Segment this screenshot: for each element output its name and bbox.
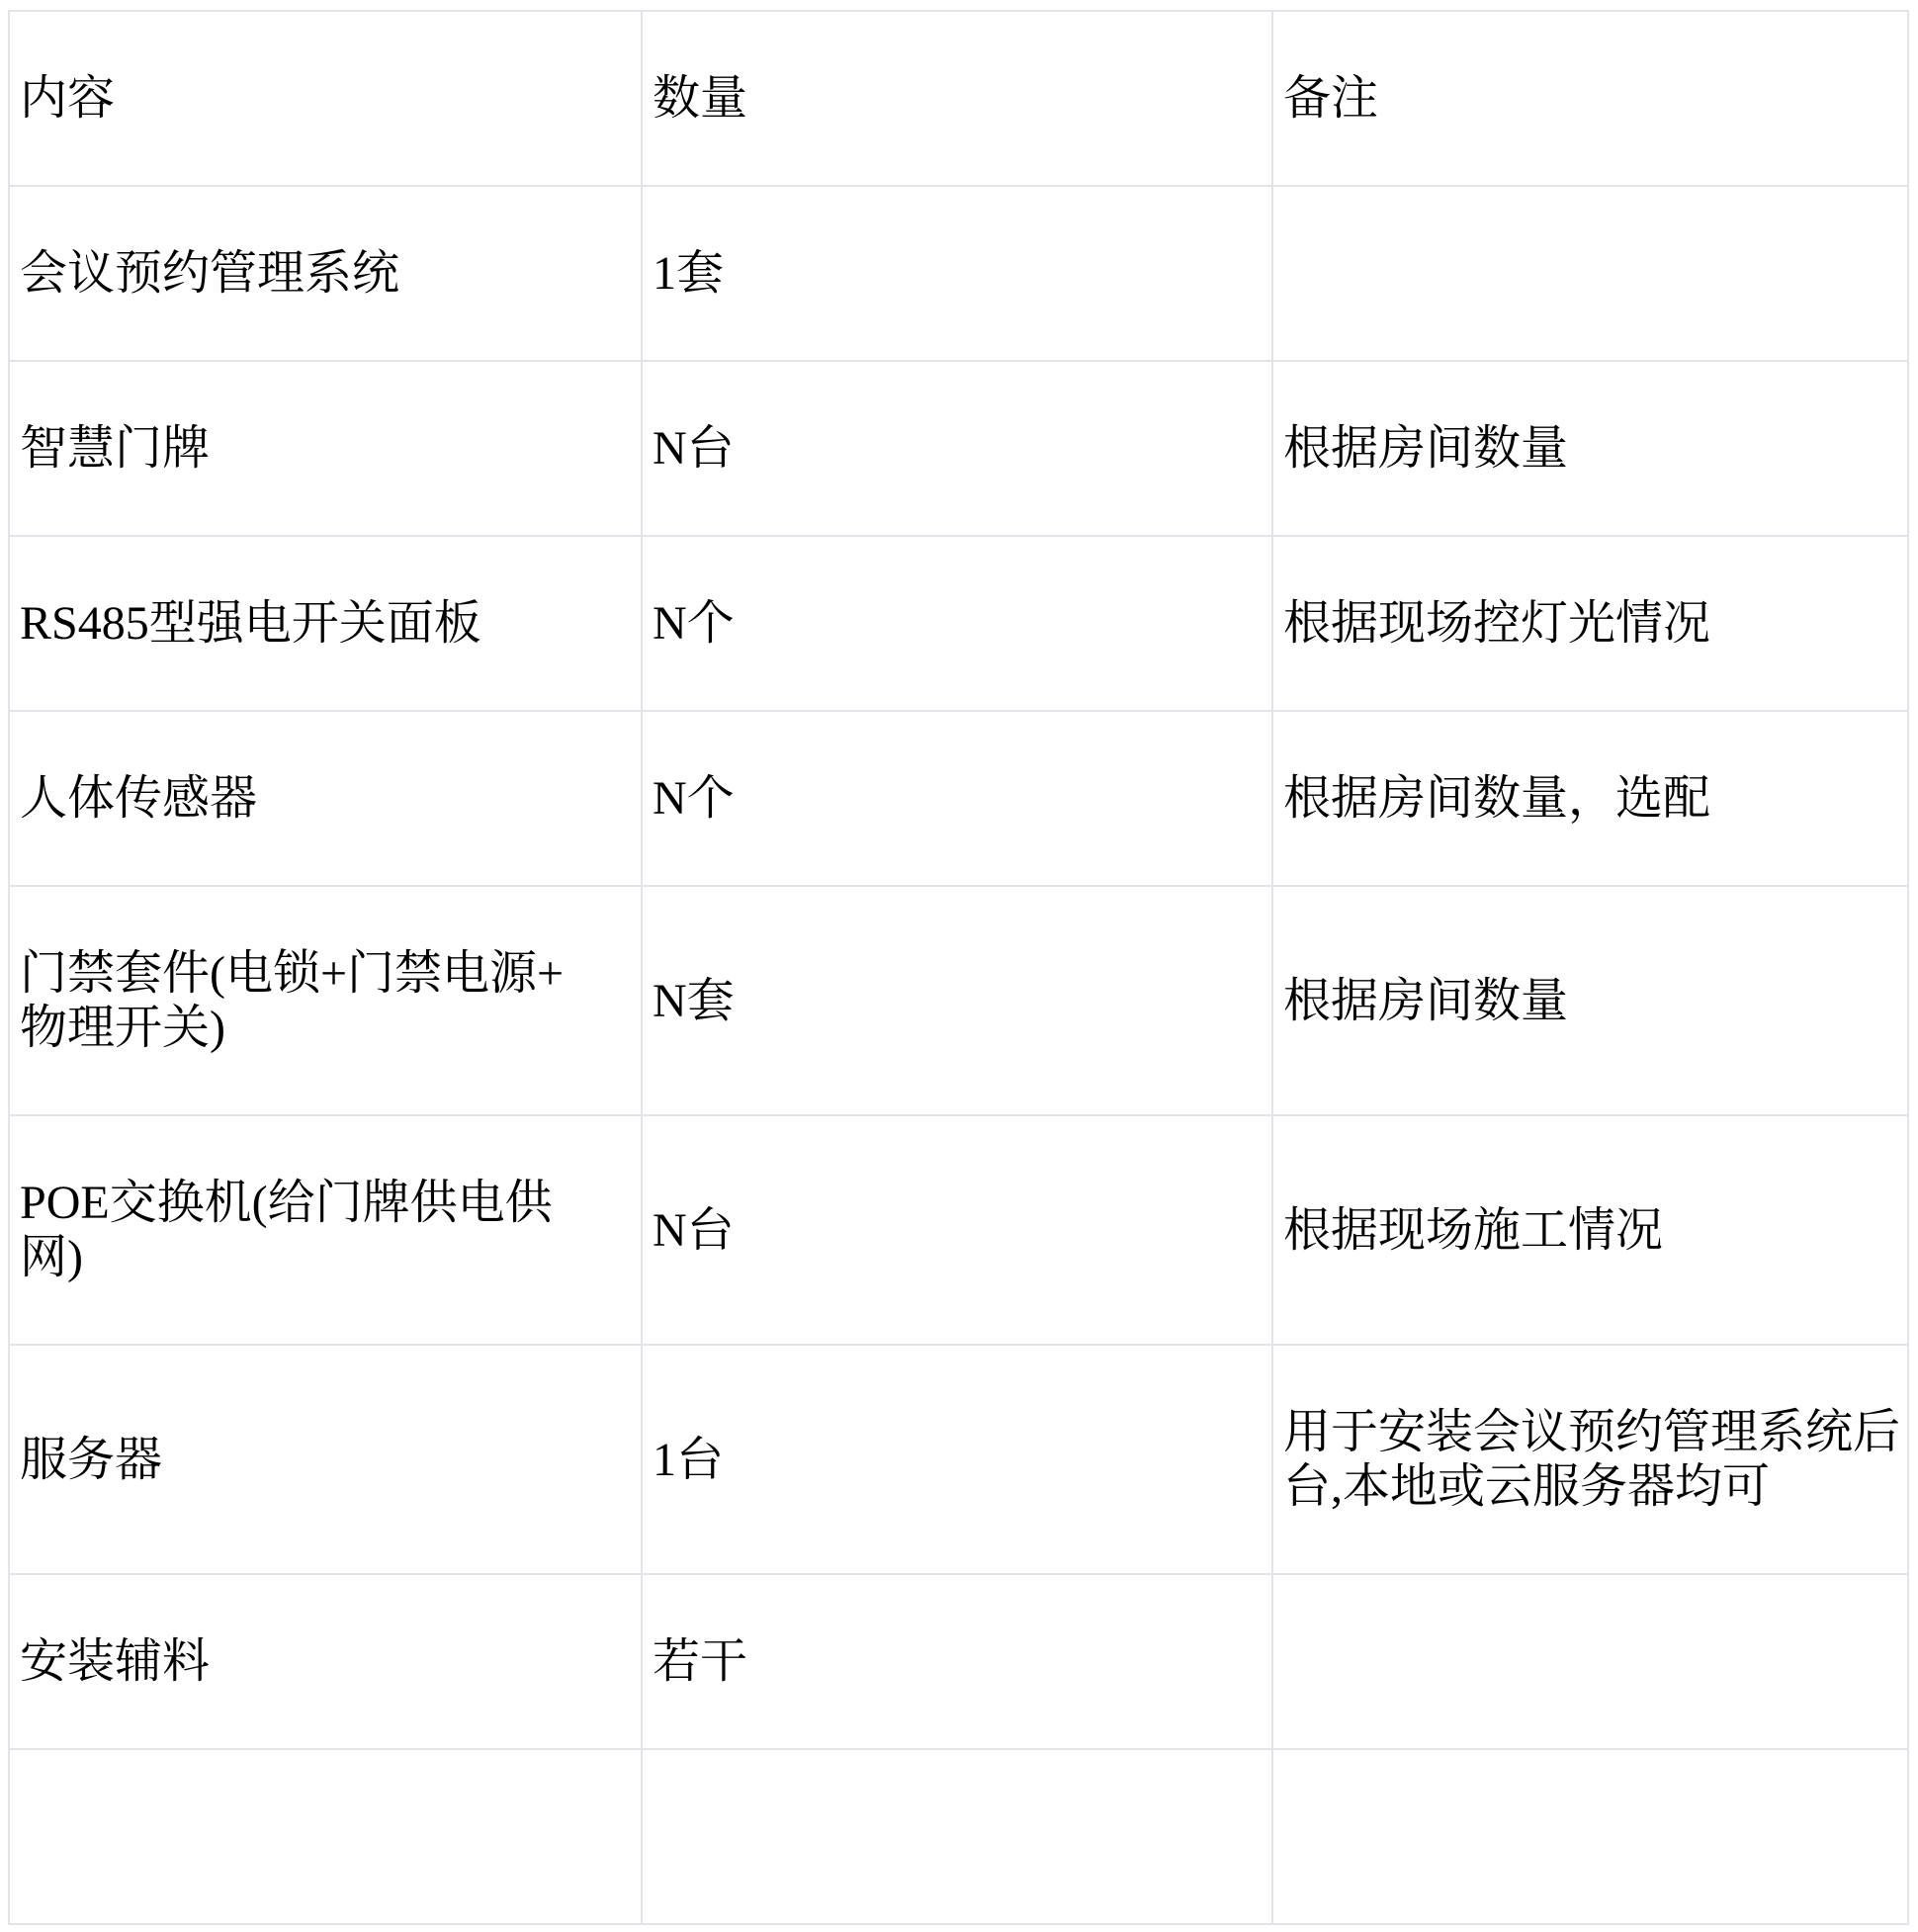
cell-content: 智慧门牌 (9, 361, 642, 536)
cell-content: 人体传感器 (9, 711, 642, 886)
cell-quantity: N个 (642, 711, 1272, 886)
cell-remark: 用于安装会议预约管理系统后 台,本地或云服务器均可 (1272, 1345, 1908, 1574)
cell-content: POE交换机(给门牌供电供 网) (9, 1115, 642, 1345)
cell-quantity: 1台 (642, 1345, 1272, 1574)
column-header-quantity: 数量 (642, 11, 1272, 186)
cell-remark: 根据房间数量 (1272, 361, 1908, 536)
cell-content: 服务器 (9, 1345, 642, 1574)
cell-quantity: N台 (642, 1115, 1272, 1345)
cell-content: 安装辅料 (9, 1574, 642, 1749)
cell-quantity: 若干 (642, 1574, 1272, 1749)
table-row: 服务器 1台 用于安装会议预约管理系统后 台,本地或云服务器均可 (9, 1345, 1908, 1574)
table-row: POE交换机(给门牌供电供 网) N台 根据现场施工情况 (9, 1115, 1908, 1345)
table-row: 智慧门牌 N台 根据房间数量 (9, 361, 1908, 536)
cell-remark: 根据现场控灯光情况 (1272, 536, 1908, 711)
column-header-remark: 备注 (1272, 11, 1908, 186)
cell-remark (1272, 186, 1908, 361)
table-row: RS485型强电开关面板 N个 根据现场控灯光情况 (9, 536, 1908, 711)
cell-quantity: 1套 (642, 186, 1272, 361)
cell-content (9, 1749, 642, 1924)
equipment-table: 内容 数量 备注 会议预约管理系统 1套 智慧门牌 N台 根据房间数量 RS48… (8, 10, 1909, 1925)
table-row: 安装辅料 若干 (9, 1574, 1908, 1749)
table-row: 会议预约管理系统 1套 (9, 186, 1908, 361)
cell-quantity (642, 1749, 1272, 1924)
cell-remark: 根据房间数量，选配 (1272, 711, 1908, 886)
cell-content: 门禁套件(电锁+门禁电源+ 物理开关) (9, 886, 642, 1115)
cell-remark (1272, 1574, 1908, 1749)
column-header-content: 内容 (9, 11, 642, 186)
cell-remark: 根据房间数量 (1272, 886, 1908, 1115)
cell-remark (1272, 1749, 1908, 1924)
table-row (9, 1749, 1908, 1924)
table-header-row: 内容 数量 备注 (9, 11, 1908, 186)
cell-quantity: N套 (642, 886, 1272, 1115)
cell-remark: 根据现场施工情况 (1272, 1115, 1908, 1345)
table-row: 门禁套件(电锁+门禁电源+ 物理开关) N套 根据房间数量 (9, 886, 1908, 1115)
table-row: 人体传感器 N个 根据房间数量，选配 (9, 711, 1908, 886)
cell-content: 会议预约管理系统 (9, 186, 642, 361)
cell-quantity: N台 (642, 361, 1272, 536)
cell-quantity: N个 (642, 536, 1272, 711)
cell-content: RS485型强电开关面板 (9, 536, 642, 711)
